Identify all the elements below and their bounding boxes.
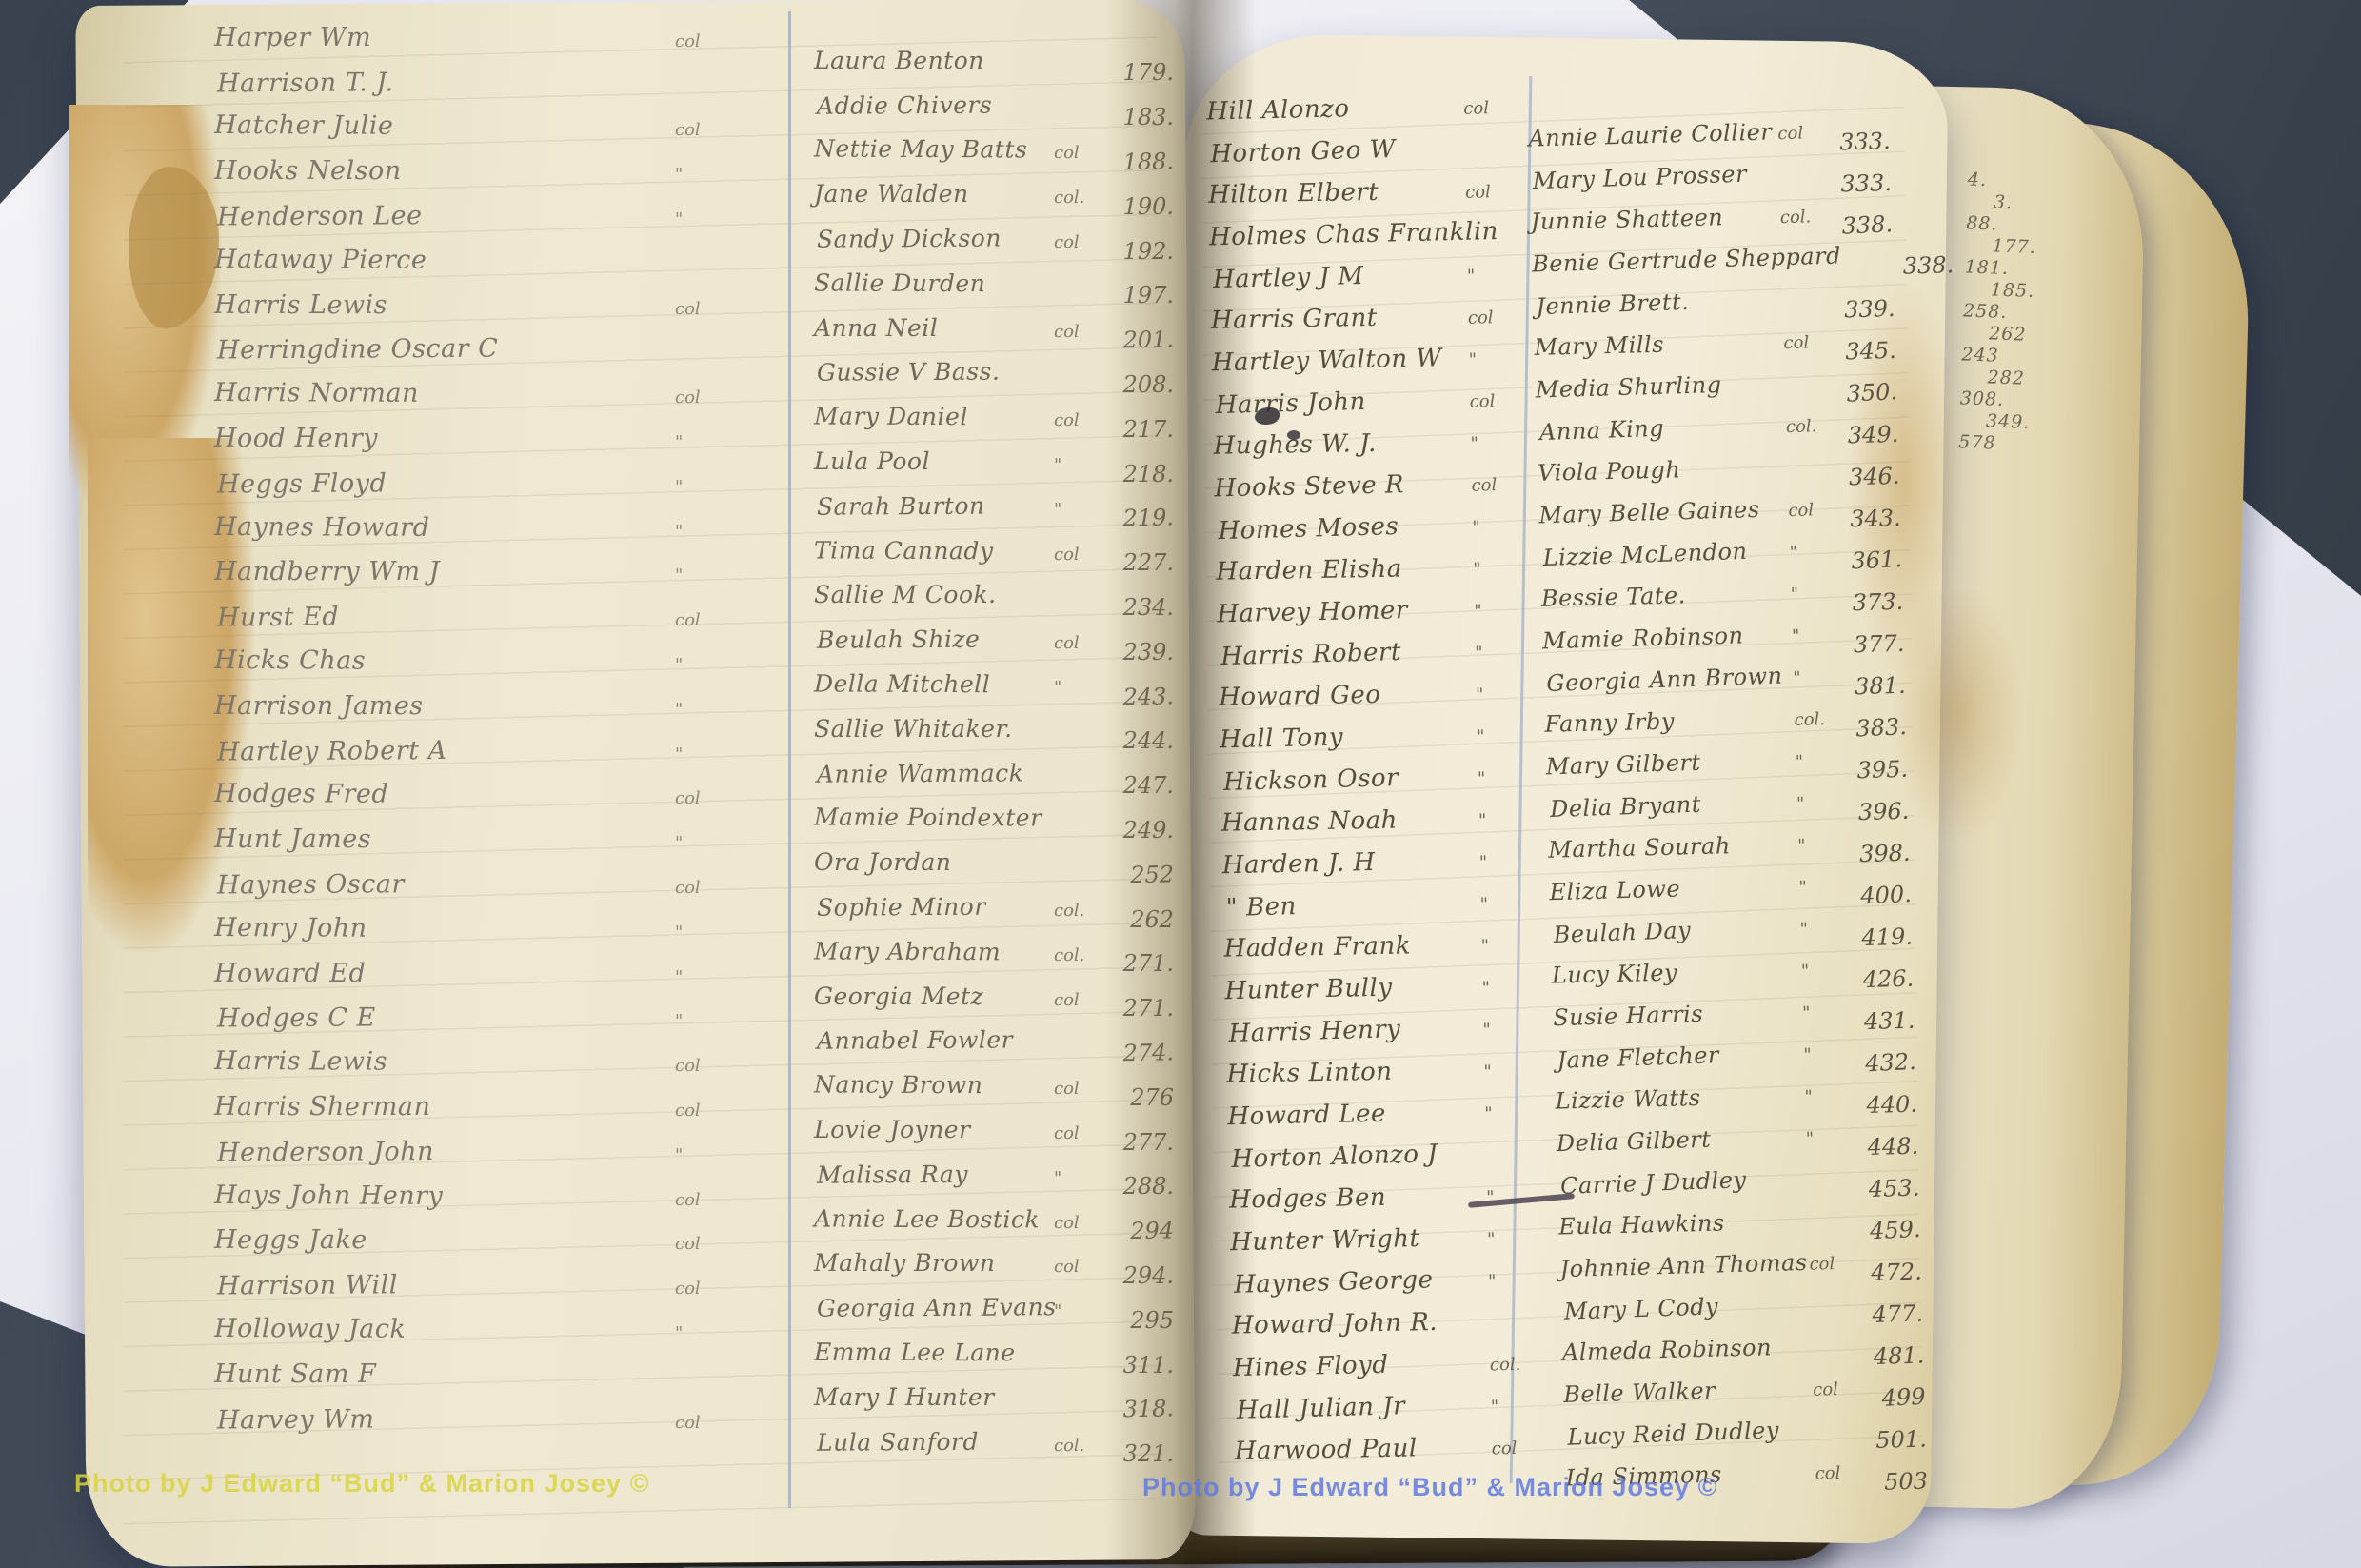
groom-name: Hicks Chas: [214, 645, 675, 677]
col-abbreviation: [675, 1388, 749, 1397]
ledger-row: Nettie May Batts col 188.: [814, 128, 1174, 172]
col-abbreviation: [1788, 478, 1828, 487]
col-abbreviation: col: [1492, 1439, 1537, 1468]
page-number: 276: [1103, 1084, 1174, 1111]
page-number: 218.: [1103, 461, 1174, 487]
col-abbreviation: [1779, 185, 1819, 194]
bride-name: Johnnie Ann Thomas: [1559, 1249, 1810, 1282]
ledger-row: Delia Bryant " 396.: [1546, 778, 1909, 830]
page-number: 234.: [1103, 594, 1174, 621]
ledger-row: Georgia Ann Brown " 381.: [1543, 652, 1906, 705]
bride-name: Mahaly Brown: [814, 1249, 1054, 1277]
col-abbreviation: [1783, 310, 1823, 320]
ledger-row: Harris Grant col: [1210, 294, 1512, 343]
col-abbreviation: col: [1465, 182, 1510, 211]
ledger-row: Beulah Shize col 239.: [814, 617, 1174, 662]
ledger-row: Hall Julian Jr ": [1233, 1383, 1535, 1432]
bride-name: Martha Sourah: [1548, 831, 1798, 863]
ledger-row: Anna Neil col 201.: [814, 306, 1174, 350]
bride-name: Benie Gertrude Sheppard: [1532, 242, 1842, 277]
ledger-row: Lizzie McLendon " 361.: [1539, 526, 1902, 579]
col-abbreviation: [1054, 386, 1103, 394]
col-abbreviation: ": [1799, 919, 1840, 948]
col-abbreviation: ": [1801, 961, 1842, 990]
bride-name: Sallie M Cook.: [814, 581, 1054, 608]
ledger-row: Harrison T. J.: [214, 60, 749, 105]
groom-name: Herringdine Oscar C: [217, 333, 678, 366]
page-number: 383.: [1834, 713, 1907, 743]
bride-name: Ora Jordan: [814, 848, 1054, 876]
groom-name: Harden J. H: [1222, 846, 1480, 881]
ledger-row: Hunter Wright ": [1230, 1216, 1532, 1264]
page-number: 190.: [1103, 193, 1174, 220]
col-abbreviation: ": [675, 432, 749, 461]
groom-name: Howard John R.: [1232, 1307, 1489, 1340]
groom-name: Hilton Elbert: [1208, 176, 1465, 208]
page-number: 398.: [1837, 840, 1911, 868]
col-abbreviation: ": [1478, 810, 1523, 840]
bride-name: Annie Laurie Collier: [1528, 118, 1778, 151]
ledger-row: Carrie J Dudley 453.: [1557, 1155, 1920, 1207]
ledger-row: Eula Hawkins 459.: [1558, 1197, 1921, 1249]
col-abbreviation: col: [1054, 410, 1103, 439]
ledger-row: Sophie Minor col. 262: [814, 884, 1174, 929]
page-number: 197.: [1103, 282, 1174, 308]
bride-name: Mamie Poindexter: [814, 804, 1054, 832]
ledger-row: Hines Floyd col.: [1232, 1341, 1534, 1390]
col-abbreviation: ": [1804, 1086, 1845, 1116]
groom-name: Haynes George: [1234, 1264, 1492, 1300]
ledger-row: Hadden Frank ": [1223, 923, 1525, 971]
page-number: 350.: [1824, 378, 1897, 407]
ledger-row: Fanny Irby col. 383.: [1544, 694, 1907, 746]
ledger-row: Horton Geo W: [1207, 127, 1509, 175]
col-abbreviation: ": [1789, 542, 1830, 571]
ledger-row: Mary Belle Gaines col 343.: [1538, 485, 1901, 537]
groom-name: Horton Geo W: [1210, 133, 1468, 169]
ledger-row: Hilton Elbert col: [1208, 169, 1510, 217]
col-abbreviation: col: [1777, 123, 1818, 152]
bride-name: Mary I Hunter: [814, 1383, 1054, 1411]
ledger-row: Martha Sourah " 398.: [1548, 820, 1911, 872]
groom-name: Howard Lee: [1227, 1098, 1485, 1132]
ledger-row: Hicks Linton ": [1226, 1048, 1528, 1097]
bride-name: Junnie Shatteen: [1531, 203, 1781, 235]
bride-name: Lula Pool: [814, 447, 1054, 475]
col-abbreviation: ": [1806, 1128, 1847, 1158]
page-number: 239.: [1103, 639, 1174, 665]
col-abbreviation: [1054, 1054, 1103, 1062]
groom-name: Hatcher Julie: [214, 110, 675, 142]
col-abbreviation: ": [675, 1323, 749, 1352]
ledger-row: Laura Benton 179.: [814, 38, 1174, 83]
ledger-row: Howard John R.: [1232, 1300, 1534, 1348]
bride-name: Anna King: [1539, 410, 1790, 446]
bride-name: Mary Belle Gaines: [1538, 495, 1789, 528]
col-abbreviation: ": [675, 477, 749, 506]
col-abbreviation: ": [1480, 894, 1525, 923]
ledger-row: Hunt Sam F: [214, 1352, 749, 1397]
ink-blot: [1287, 430, 1300, 440]
groom-name: Hodges C E: [217, 1002, 678, 1034]
page-number: 333.: [1817, 128, 1891, 156]
groom-name: Hodges Ben: [1229, 1181, 1486, 1214]
col-abbreviation: ": [1054, 500, 1103, 528]
ledger-row: Harden Elisha ": [1216, 546, 1518, 594]
right-page-groom-column: Hill Alonzo col Horton Geo W Hilton Elbe…: [1206, 85, 1536, 1473]
ledger-row: Harris Robert ": [1218, 629, 1519, 678]
page-number: 274.: [1103, 1039, 1174, 1066]
right-page-bride-column: Annie Laurie Collier col 333. Mary Lou P…: [1528, 108, 1928, 1499]
bride-name: Anna Neil: [814, 314, 1054, 342]
page-number: 217.: [1103, 416, 1174, 443]
col-abbreviation: ": [675, 566, 749, 594]
col-abbreviation: ": [675, 744, 749, 773]
ledger-row: Hooks Steve R col: [1214, 462, 1516, 510]
col-abbreviation: ": [1803, 1044, 1844, 1074]
bride-name: Georgia Metz: [814, 982, 1054, 1010]
page-number: 345.: [1823, 337, 1896, 366]
bride-name: Mary L Cody: [1563, 1290, 1814, 1325]
ledger-row: Hodges Fred col: [214, 773, 749, 818]
col-abbreviation: col: [1054, 1079, 1103, 1107]
groom-name: Hodges Fred: [214, 779, 675, 810]
ledger-row: Jane Walden col. 190.: [814, 171, 1174, 216]
page-number: 338.: [1820, 210, 1894, 240]
page-number: 426.: [1841, 965, 1915, 994]
bride-name: Susie Harris: [1553, 998, 1803, 1031]
ledger-row: Howard Geo ": [1219, 671, 1520, 720]
groom-name: Harris Henry: [1228, 1013, 1486, 1048]
col-abbreviation: col: [675, 387, 749, 416]
ledger-row: Almeda Robinson 481.: [1561, 1321, 1924, 1374]
ledger-row: Annie Wammack 247.: [814, 751, 1174, 796]
ledger-row: Mahaly Brown col 294.: [814, 1241, 1174, 1286]
groom-name: Henry John: [214, 913, 675, 944]
col-abbreviation: col: [1809, 1254, 1850, 1283]
page-number: 192.: [1103, 238, 1174, 265]
groom-name: Hill Alonzo: [1206, 92, 1464, 127]
groom-name: Harwood Paul: [1235, 1433, 1492, 1465]
ledger-row: Hatcher Julie col: [214, 105, 749, 149]
ledger-row: Henderson John ": [214, 1129, 749, 1174]
ledger-row: Henry John ": [214, 906, 749, 951]
page-number: 377.: [1832, 630, 1905, 659]
ledger-row: Hannas Noah ": [1220, 797, 1522, 845]
ledger-row: Hartley J M ": [1210, 252, 1512, 301]
groom-name: " Ben: [1225, 887, 1483, 923]
groom-name: Hannas Noah: [1221, 804, 1478, 837]
bride-name: Georgia Ann Brown: [1546, 662, 1796, 697]
column-rule: [788, 11, 791, 1508]
ledger-row: Haynes Howard ": [214, 506, 749, 550]
page-number: 431.: [1842, 1007, 1915, 1036]
col-abbreviation: col.: [1054, 901, 1103, 929]
groom-name: Harvey Homer: [1217, 595, 1475, 629]
bride-name: Gussie V Bass.: [817, 358, 1057, 387]
col-abbreviation: ": [675, 1145, 749, 1174]
ledger-row: Horton Alonzo J: [1228, 1132, 1530, 1181]
bride-name: Emma Lee Lane: [814, 1338, 1054, 1366]
ledger-row: Sandy Dickson col 192.: [814, 216, 1174, 261]
col-abbreviation: col.: [1054, 1436, 1103, 1464]
page-number: 419.: [1840, 923, 1914, 952]
col-abbreviation: col: [675, 1279, 749, 1307]
ledger-row: Lizzie Watts " 440.: [1555, 1071, 1917, 1123]
bride-name: Annie Wammack: [817, 759, 1057, 788]
ledger-row: Beulah Day " 419.: [1550, 903, 1913, 956]
col-abbreviation: col: [1054, 633, 1103, 662]
groom-name: Hartley J M: [1213, 259, 1471, 294]
ledger-row: Mary Mills col 345.: [1534, 317, 1896, 369]
ledger-row: Mary Lou Prosser 333.: [1529, 149, 1892, 202]
page-number: 294.: [1103, 1262, 1174, 1289]
page-number: 440.: [1845, 1091, 1918, 1120]
ledger-row: Hooks Nelson ": [214, 149, 749, 193]
ledger-row: Harper Wm col: [214, 15, 749, 60]
groom-name: Harrison James: [214, 691, 675, 721]
col-abbreviation: col: [1815, 1463, 1855, 1493]
col-abbreviation: col: [1054, 232, 1103, 261]
col-abbreviation: [1054, 1366, 1103, 1375]
page-number: 247.: [1103, 772, 1174, 799]
groom-name: Haynes Howard: [214, 512, 675, 544]
bride-name: Annabel Fowler: [817, 1026, 1057, 1056]
page-number: 459.: [1848, 1216, 1921, 1245]
col-abbreviation: col.: [1054, 945, 1103, 974]
col-abbreviation: ": [1473, 559, 1518, 588]
bride-name: Sallie Durden: [814, 268, 1054, 297]
page-number: 373.: [1831, 588, 1904, 617]
bride-name: Mary Daniel: [814, 403, 1054, 431]
bride-name: Addie Chivers: [817, 90, 1057, 120]
peeking-page-numbers: 4. 3. 88. 177. 181. 185. 258. 262 243 28…: [1958, 169, 2111, 458]
ledger-row: Hataway Pierce: [214, 238, 749, 283]
ledger-row: Lucy Reid Dudley 501.: [1564, 1405, 1927, 1458]
groom-name: Heggs Floyd: [217, 466, 678, 499]
col-abbreviation: ": [1474, 601, 1518, 630]
col-abbreviation: [1054, 787, 1103, 796]
ledger-row: Hurst Ed col: [214, 594, 749, 639]
col-abbreviation: ": [1797, 835, 1838, 864]
bride-name: Jane Walden: [814, 180, 1054, 208]
ledger-row: Susie Harris " 431.: [1553, 987, 1915, 1040]
col-abbreviation: col.: [1054, 188, 1103, 216]
col-abbreviation: col: [1054, 1123, 1103, 1152]
ledger-row: Harris Lewis col: [214, 283, 749, 327]
bride-name: Malissa Ray: [817, 1160, 1057, 1189]
ledger-row: Hartley Robert A ": [214, 728, 749, 773]
page-number: 477.: [1851, 1300, 1924, 1328]
groom-name: Hughes W. J.: [1213, 427, 1470, 460]
page-number: 244.: [1103, 727, 1174, 754]
col-abbreviation: [675, 274, 749, 283]
col-abbreviation: ": [1488, 1271, 1533, 1300]
col-abbreviation: col: [1468, 308, 1513, 337]
page-number: 481.: [1852, 1341, 1925, 1370]
col-abbreviation: [1054, 608, 1103, 617]
ledger-row: Howard Ed ": [214, 951, 749, 996]
bride-name: Media Shurling: [1535, 369, 1785, 403]
col-abbreviation: [675, 96, 749, 105]
page-number: 395.: [1835, 756, 1909, 784]
ledger-row: Heggs Floyd ": [214, 461, 749, 506]
page-number: 346.: [1827, 463, 1900, 491]
col-abbreviation: col: [1463, 98, 1508, 128]
groom-name: Harris Lewis: [214, 1046, 675, 1078]
ledger-row: Georgia Metz col 271.: [814, 974, 1174, 1019]
bride-name: Viola Pough: [1538, 454, 1788, 486]
bride-name: Mary Lou Prosser: [1532, 159, 1782, 194]
ledger-row: Hughes W. J. ": [1213, 420, 1515, 468]
ledger-row: Tima Cannady col 227.: [814, 528, 1174, 573]
col-abbreviation: col: [675, 788, 749, 817]
ledger-row: Della Mitchell " 243.: [814, 662, 1174, 706]
page-number: 349.: [1826, 421, 1899, 449]
bride-name: Sophie Minor: [817, 892, 1057, 922]
col-abbreviation: col: [1054, 990, 1103, 1019]
bride-name: Belle Walker: [1563, 1375, 1814, 1408]
page-number: 472.: [1849, 1259, 1922, 1287]
photograph-of-open-ledger: 4. 3. 88. 177. 181. 185. 258. 262 243 28…: [0, 0, 2361, 1568]
col-abbreviation: [1841, 267, 1881, 276]
bride-name: Laura Benton: [814, 47, 1054, 74]
ledger-row: Howard Lee ": [1227, 1090, 1529, 1139]
page-number: 208.: [1103, 371, 1174, 398]
col-abbreviation: ": [1481, 978, 1526, 1007]
bride-name: Nancy Brown: [814, 1071, 1054, 1100]
ledger-row: Harden J. H ": [1221, 839, 1523, 887]
col-abbreviation: ": [675, 923, 749, 951]
ledger-row: Sallie Whitaker. 244.: [814, 706, 1174, 751]
col-abbreviation: col: [675, 1101, 749, 1129]
photographer-watermark-right: Photo by J Edward “Bud” & Marion Josey ©: [1142, 1473, 1717, 1502]
col-abbreviation: [1811, 1316, 1851, 1325]
groom-name: Hines Floyd: [1233, 1349, 1491, 1383]
col-abbreviation: ": [1054, 678, 1103, 706]
col-abbreviation: [1054, 831, 1103, 840]
ledger-row: Hodges Ben ": [1229, 1174, 1531, 1222]
ledger-row: Handberry Wm J ": [214, 550, 749, 595]
page-number: 311.: [1103, 1352, 1174, 1379]
col-abbreviation: col: [1783, 332, 1824, 362]
ledger-row: Hunt James ": [214, 817, 749, 862]
ledger-row: Harris Sherman col: [214, 1084, 749, 1129]
col-abbreviation: ": [1469, 349, 1514, 379]
ledger-row: Annie Lee Bostick col 294: [814, 1197, 1174, 1241]
bride-name: Mary Gilbert: [1545, 746, 1796, 780]
ledger-row: Emma Lee Lane 311.: [814, 1330, 1174, 1375]
col-abbreviation: ": [1470, 433, 1515, 463]
col-abbreviation: ": [675, 1011, 749, 1040]
col-abbreviation: col: [1471, 475, 1516, 505]
ledger-row: " Ben ": [1222, 881, 1524, 929]
col-abbreviation: [675, 363, 749, 371]
col-abbreviation: ": [1796, 751, 1836, 781]
col-abbreviation: col.: [1794, 709, 1835, 739]
bride-name: Eula Hawkins: [1558, 1207, 1809, 1240]
page-number: 249.: [1103, 817, 1174, 844]
col-abbreviation: ": [1054, 1301, 1103, 1330]
page-number: 503: [1855, 1467, 1929, 1496]
ledger-row: Hartley Walton W ": [1211, 336, 1513, 385]
page-number: 499: [1853, 1383, 1926, 1413]
col-abbreviation: col.: [1780, 207, 1821, 236]
page-number: 262: [1103, 906, 1174, 933]
ledger-row: Hickson Osor ": [1220, 755, 1522, 804]
left-page-bride-column: Laura Benton 179. Addie Chivers 183. Net…: [814, 38, 1174, 1464]
col-abbreviation: ": [1477, 726, 1521, 756]
groom-name: Hunter Wright: [1230, 1223, 1488, 1258]
col-abbreviation: col: [1054, 1257, 1103, 1285]
col-abbreviation: col: [675, 31, 749, 60]
ledger-row: Lucy Kiley " 426.: [1551, 945, 1914, 998]
col-abbreviation: ": [675, 833, 749, 862]
groom-name: Holmes Chas Franklin: [1209, 217, 1498, 251]
ledger-row: Jennie Brett. 339.: [1533, 275, 1895, 327]
page-number: 219.: [1103, 505, 1174, 532]
ledger-row: Henderson Lee ": [214, 193, 749, 238]
bride-name: Georgia Ann Evans: [817, 1293, 1057, 1322]
col-abbreviation: ": [1791, 584, 1832, 613]
groom-name: Harris Grant: [1211, 302, 1468, 334]
ledger-row: Media Shurling 350.: [1535, 359, 1897, 411]
groom-name: Haynes Oscar: [217, 868, 678, 901]
ledger-row: Homes Moses ": [1215, 504, 1517, 552]
groom-name: Harris Robert: [1220, 636, 1478, 671]
col-abbreviation: ": [1479, 852, 1524, 882]
ledger-row: Mary L Cody 477.: [1560, 1280, 1923, 1332]
col-abbreviation: ": [675, 522, 749, 550]
groom-name: Howard Geo: [1219, 679, 1476, 711]
ledger-row: Delia Gilbert " 448.: [1556, 1113, 1918, 1165]
groom-name: Harrison T. J.: [217, 66, 678, 98]
groom-name: Hadden Frank: [1223, 930, 1480, 963]
groom-name: Harris John: [1215, 385, 1473, 420]
ledger-row: Sallie Durden 197.: [814, 261, 1174, 306]
col-abbreviation: ": [1054, 1168, 1103, 1197]
col-abbreviation: col: [675, 120, 749, 149]
ledger-row: Mamie Poindexter 249.: [814, 796, 1174, 841]
col-abbreviation: ": [675, 700, 749, 728]
bride-name: Jane Fletcher: [1557, 1039, 1807, 1074]
page-number: 271.: [1103, 995, 1174, 1022]
page-number: 339.: [1822, 295, 1895, 324]
col-abbreviation: [1486, 1165, 1530, 1175]
bride-name: Lucy Reid Dudley: [1567, 1416, 1817, 1451]
groom-name: Hunt Sam F: [214, 1360, 675, 1389]
page-number: 318.: [1103, 1396, 1174, 1423]
bride-name: Eliza Lowe: [1549, 872, 1799, 905]
col-abbreviation: ": [1475, 643, 1519, 672]
bride-name: Delia Bryant: [1550, 787, 1800, 823]
col-abbreviation: col: [1788, 500, 1829, 529]
page-number: 448.: [1846, 1133, 1919, 1161]
col-abbreviation: ": [1802, 1002, 1843, 1032]
ledger-row: Georgia Ann Evans " 295: [814, 1285, 1174, 1330]
ledger-row: Nancy Brown col 276: [814, 1062, 1174, 1107]
col-abbreviation: ": [675, 165, 749, 193]
col-abbreviation: ": [1796, 793, 1837, 823]
col-abbreviation: [1815, 1441, 1855, 1451]
ledger-row: Eliza Lowe " 400.: [1549, 862, 1912, 914]
ledger-row: Harrison Will col: [214, 1262, 749, 1307]
col-abbreviation: ": [1478, 768, 1522, 798]
page-number: 338.: [1881, 251, 1954, 280]
col-abbreviation: [1054, 876, 1103, 884]
ledger-row: Harris Henry ": [1225, 1006, 1527, 1055]
bride-name: Delia Gilbert: [1557, 1123, 1807, 1157]
